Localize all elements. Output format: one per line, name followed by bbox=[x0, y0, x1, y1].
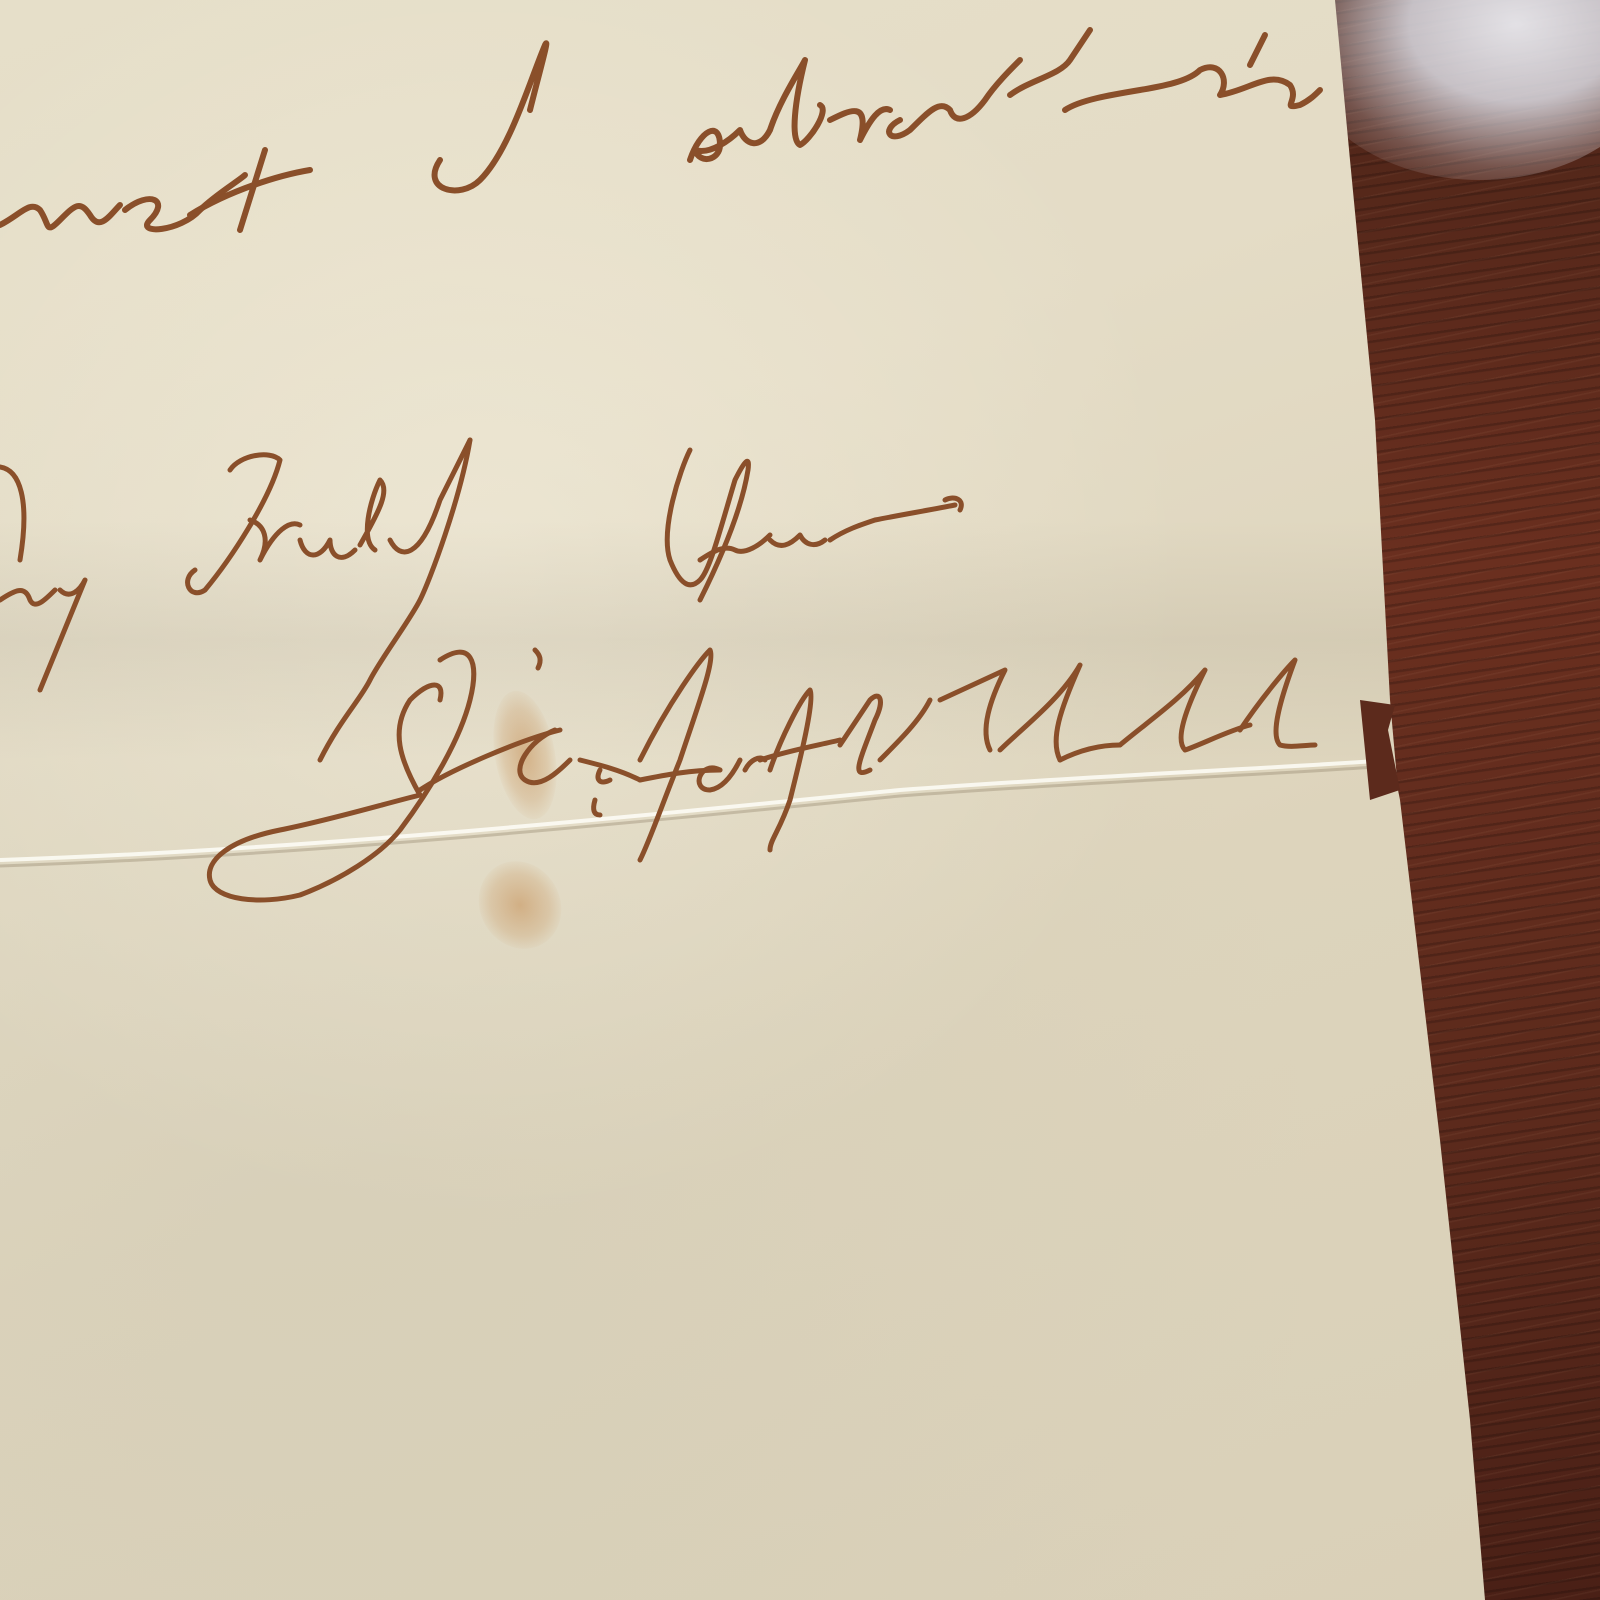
handwriting-signature bbox=[209, 650, 1315, 900]
letter-signature: J. A. Garfield bbox=[400, 720, 656, 766]
handwriting bbox=[0, 0, 1600, 1600]
letter-line-1: …must I subscribe bbox=[0, 100, 378, 146]
letter-closing: Very Truly Yours bbox=[0, 480, 335, 526]
photo-scene: …must I subscribe Very Truly Yours J. A.… bbox=[0, 0, 1600, 1600]
